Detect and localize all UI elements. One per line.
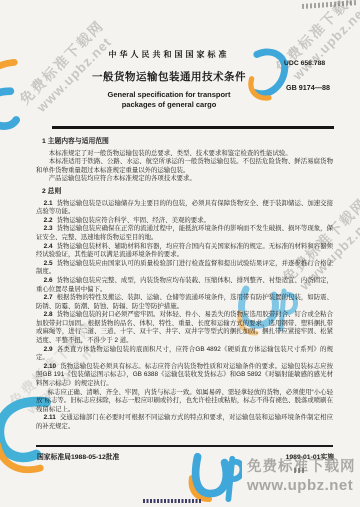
clause-text: 货物运输包装的封口必须严密牢固。对体轻、件小、易丢失的货物应选用胶带封合、钉合或…	[36, 311, 333, 344]
section-2-clauses: 2.1货物运输包装是以运输储存为主要目的的包装，必须具有保障货物安全、便于装卸储…	[36, 200, 333, 432]
udc-number: UDC 658.788	[284, 60, 325, 67]
section-1-heading: 1 主题内容与适用范围	[42, 138, 333, 147]
page-title: 一般货物运输包装通用技术条件	[0, 69, 338, 84]
clause-text: 货物运输包装应符合科学、牢固、经济、美观的要求。	[57, 217, 210, 224]
clause-text: 货物运输包装必须具有标志。标志应符合内装货物性质和对运输条件的要求。运输包装标志…	[36, 363, 333, 387]
clause: 2.6货物运输包装应完整、成型，内装货物应均布装载、压缩体积、排列整齐、衬垫适宜…	[36, 277, 333, 294]
clause-number: 2.11	[44, 414, 56, 421]
clause: 2.8货物运输包装的封口必须严密牢固。对体轻、件小、易丢失的货物应选用胶带封合、…	[36, 311, 333, 345]
scanned-standard-page: 免费标准下载网 www.upbz.net 免费标准下载网 www.upbz.ne…	[0, 0, 360, 507]
clause: 2.7根据货物的特性及搬运、装卸、运输、仓储等流通环境条件，选用带有防护装置的包…	[36, 294, 333, 311]
clause: 标志应正确、清晰、齐全、牢固，内货与标志一致。如属易碎、需轻拿轻放的货物，必须使…	[36, 389, 333, 415]
clause: 2.1货物运输包装是以运输储存为主要目的的包装，必须具有保障货物安全、便于装卸储…	[36, 200, 333, 217]
section-1-paragraphs: 本标准规定了对一般货物运输包装的总要求、类型、技术要求和鉴定检查的性能试验。本标…	[36, 150, 333, 184]
paragraph: 本标准规定了对一般货物运输包装的总要求、类型、技术要求和鉴定检查的性能试验。	[36, 150, 333, 159]
clause-number: 2.9	[44, 346, 53, 353]
clause-text: 标志应正确、清晰、齐全、牢固，内货与标志一致。如属易碎、需轻拿轻放的货物，必须使…	[36, 389, 333, 413]
footer-rule	[36, 445, 333, 447]
clause: 2.4货物运输包装材料、辅助材料和容器，均应符合国内有关国家标准的规定。无标准的…	[36, 243, 333, 260]
clause: 2.11交通运输部门在必要时可根据不同运输方式的特点和要求，对运输包装和运输环境…	[36, 414, 333, 431]
clause-number: 2.5	[44, 260, 53, 267]
clause-text: 货物运输包装应确保在正常的流通过程中，能抵抗环境条件的影响而不发生破损、损坏等现…	[36, 225, 333, 241]
clause: 2.9各类直方体货物运输包装的底面积尺寸，应符合GB 4892《硬质直方体运输包…	[36, 346, 333, 363]
clause-text: 各类直方体货物运输包装的底面积尺寸，应符合GB 4892《硬质直方体运输包装尺寸…	[36, 346, 333, 362]
clause-text: 交通运输部门在必要时可根据不同运输方式的特点和要求，对运输包装和运输环境条件制定…	[36, 414, 333, 430]
download-site-url: www.upbz.net	[247, 477, 356, 494]
page-number-microtext	[294, 468, 305, 473]
clause-text: 根据货物的特性及搬运、装卸、运输、仓储等流通环境条件，选用带有防护装置的包装，如…	[36, 294, 333, 310]
document-body: 1 主题内容与适用范围 本标准规定了对一般货物运输包装的总要求、类型、技术要求和…	[36, 134, 333, 432]
clause: 2.3货物运输包装应确保在正常的流通过程中，能抵抗环境条件的影响而不发生破损、损…	[36, 225, 333, 242]
clause-text: 货物运输包装是以运输储存为主要目的的包装，必须具有保障货物安全、便于装卸储运、加…	[36, 200, 333, 216]
section-2-heading: 2 总则	[42, 188, 333, 197]
clause-number: 2.1	[44, 200, 53, 207]
clause: 2.5货物运输包装应由国家认可的质量检验部门进行检查监督和提出试验结果评定，并逐…	[36, 260, 333, 277]
clause-number: 2.7	[44, 294, 53, 301]
clause-number: 2.6	[44, 277, 53, 284]
title-english-line2: packages of general cargo	[0, 100, 338, 109]
standard-type-label: 中华人民共和国国家标准	[0, 49, 338, 60]
standard-code: GB 9174—88	[286, 83, 330, 92]
clause-number: 2.2	[44, 217, 53, 224]
bottom-microtext	[143, 499, 201, 503]
approval-note: 国家标准局1988-05-12批准	[37, 451, 119, 461]
clause-text: 货物运输包装应完整、成型，内装货物应均布装载、压缩体积、排列整齐、衬垫适宜、内货…	[36, 277, 333, 293]
up-logo-footer-icon	[184, 451, 242, 503]
clause-number: 2.10	[44, 363, 56, 370]
download-banner: 免费标准下载网 www.upbz.net	[247, 455, 356, 494]
clause-number: 2.4	[44, 243, 53, 250]
clause-text: 货物运输包装材料、辅助材料和容器，均应符合国内有关国家标准的规定。无标准的材料和…	[36, 243, 333, 259]
clause: 2.10货物运输包装必须具有标志。标志应符合内装货物性质和对运输条件的要求。运输…	[36, 363, 333, 389]
watermark-top-left: 免费标准下载网 www.upbz.net	[2, 2, 133, 133]
paragraph: 本标准适用于铁路、公路、水运、航空所承运的一般货物运输包装。不包括危险货物、鲜活…	[36, 158, 333, 175]
clause-text: 货物运输包装应由国家认可的质量检验部门进行检查监督和提出试验结果评定，并逐步推行…	[36, 260, 333, 276]
clause-number: 2.3	[44, 225, 53, 232]
paragraph: 产品运输包装均应符合本标准规定的各项技术要求。	[36, 175, 333, 184]
clause-number: 2.8	[44, 311, 53, 318]
header-rule	[52, 126, 334, 129]
